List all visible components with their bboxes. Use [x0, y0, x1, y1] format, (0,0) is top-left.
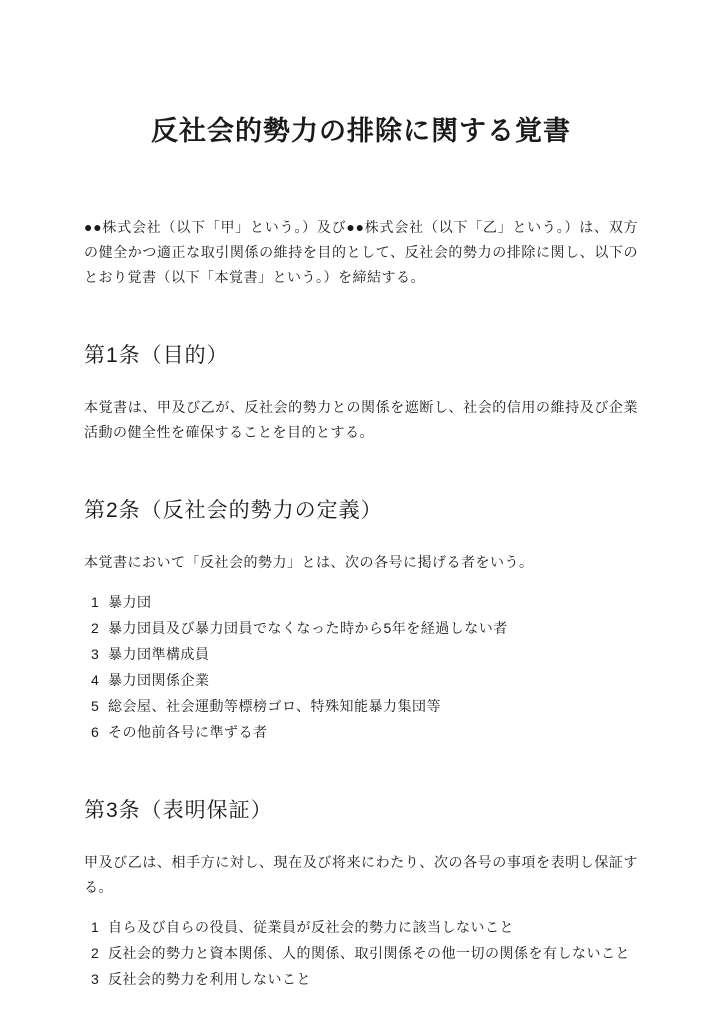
clause-text: 暴力団関係企業 [108, 667, 638, 693]
clause-item: 5 総会屋、社会運動等標榜ゴロ、特殊知能暴力集団等 [84, 693, 638, 719]
clause-item: 1 暴力団 [84, 589, 638, 615]
clause-number: 2 [91, 940, 108, 966]
clause-text: 暴力団員及び暴力団員でなくなった時から5年を経過しない者 [108, 615, 638, 641]
article-1: 第1条（目的） 本覚書は、甲及び乙が、反社会的勢力との関係を遮断し、社会的信用の… [84, 342, 638, 445]
clause-text: 暴力団 [108, 589, 638, 615]
document-page: 反社会的勢力の排除に関する覚書 ●●株式会社（以下「甲」という。）及び●●株式会… [0, 0, 724, 1024]
clause-item: 6 その他前各号に準ずる者 [84, 719, 638, 745]
clause-item: 3 反社会的勢力を利用しないこと [84, 966, 638, 992]
clause-text: その他前各号に準ずる者 [108, 719, 638, 745]
article-3-clause-list: 1 自ら及び自らの役員、従業員が反社会的勢力に該当しないこと 2 反社会的勢力と… [84, 914, 638, 992]
article-2: 第2条（反社会的勢力の定義） 本覚書において「反社会的勢力」とは、次の各号に掲げ… [84, 497, 638, 745]
article-2-body: 本覚書において「反社会的勢力」とは、次の各号に掲げる者をいう。 [84, 550, 638, 575]
clause-item: 3 暴力団準構成員 [84, 641, 638, 667]
article-3-heading: 第3条（表明保証） [84, 797, 638, 824]
document-title: 反社会的勢力の排除に関する覚書 [84, 112, 638, 150]
clause-number: 3 [91, 641, 108, 667]
clause-number: 1 [91, 914, 108, 940]
clause-number: 1 [91, 589, 108, 615]
preamble-paragraph: ●●株式会社（以下「甲」という。）及び●●株式会社（以下「乙」という。）は、双方… [84, 215, 638, 290]
document-content: 反社会的勢力の排除に関する覚書 ●●株式会社（以下「甲」という。）及び●●株式会… [84, 0, 638, 992]
clause-number: 5 [91, 693, 108, 719]
clause-number: 6 [91, 719, 108, 745]
clause-item: 1 自ら及び自らの役員、従業員が反社会的勢力に該当しないこと [84, 914, 638, 940]
clause-text: 反社会的勢力を利用しないこと [108, 966, 638, 992]
clause-text: 自ら及び自らの役員、従業員が反社会的勢力に該当しないこと [108, 914, 638, 940]
article-1-body: 本覚書は、甲及び乙が、反社会的勢力との関係を遮断し、社会的信用の維持及び企業活動… [84, 395, 638, 445]
clause-text: 総会屋、社会運動等標榜ゴロ、特殊知能暴力集団等 [108, 693, 638, 719]
clause-text: 反社会的勢力と資本関係、人的関係、取引関係その他一切の関係を有しないこと [108, 940, 638, 966]
clause-text: 暴力団準構成員 [108, 641, 638, 667]
clause-item: 4 暴力団関係企業 [84, 667, 638, 693]
article-2-heading: 第2条（反社会的勢力の定義） [84, 497, 638, 524]
article-2-clause-list: 1 暴力団 2 暴力団員及び暴力団員でなくなった時から5年を経過しない者 3 暴… [84, 589, 638, 745]
clause-number: 4 [91, 667, 108, 693]
article-3-body: 甲及び乙は、相手方に対し、現在及び将来にわたり、次の各号の事項を表明し保証する。 [84, 850, 638, 900]
clause-item: 2 暴力団員及び暴力団員でなくなった時から5年を経過しない者 [84, 615, 638, 641]
article-3: 第3条（表明保証） 甲及び乙は、相手方に対し、現在及び将来にわたり、次の各号の事… [84, 797, 638, 992]
article-1-heading: 第1条（目的） [84, 342, 638, 369]
clause-number: 2 [91, 615, 108, 641]
clause-item: 2 反社会的勢力と資本関係、人的関係、取引関係その他一切の関係を有しないこと [84, 940, 638, 966]
clause-number: 3 [91, 966, 108, 992]
